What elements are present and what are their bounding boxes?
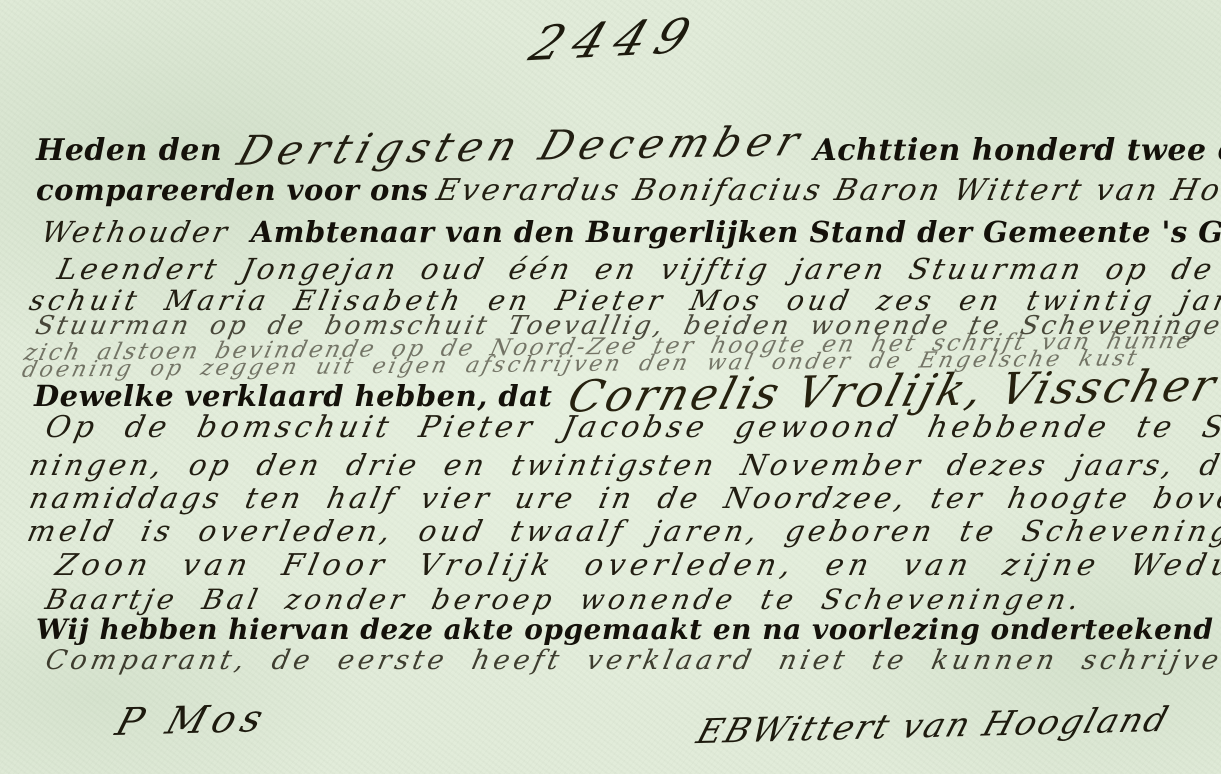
handwritten-text-segment: meld is overleden, oud twaalf jaren, geb… — [24, 514, 1221, 548]
signature-declarant-text: P Mos — [111, 696, 274, 744]
handwritten-date-segment: Dertigsten December — [232, 117, 811, 175]
printed-text-segment: Wij hebben hiervan deze akte opgemaakt e… — [36, 613, 1213, 646]
handwritten-text-segment: ningen, op den drie en twintigsten Novem… — [26, 448, 1221, 482]
akte-line-13: meld is overleden, oud twaalf jaren, geb… — [28, 514, 1221, 548]
handwritten-text-segment: Baartje Bal zonder beroep wonende te Sch… — [42, 583, 1085, 616]
printed-text-segment: Dewelke verklaard hebben, dat — [34, 379, 552, 413]
document-page: 2449 Heden den Dertigsten December Achtt… — [0, 0, 1221, 774]
signature-registrar-text: EBWittert van Hoogland — [692, 700, 1174, 752]
handwritten-text-segment: Op de bomschuit Pieter Jacobse gewoond h… — [42, 410, 1221, 445]
akte-line-4: Leendert Jongejan oud één en vijftig jar… — [58, 252, 1221, 286]
handwritten-text-segment: Leendert Jongejan oud één en vijftig jar… — [54, 252, 1221, 286]
akte-line-14: Zoon van Floor Vrolijk overleden, en van… — [56, 548, 1221, 583]
printed-text-segment: Ambtenaar van den Burgerlijken Stand der… — [251, 215, 1221, 249]
handwritten-text-segment: namiddags ten half vier ure in de Noordz… — [26, 481, 1221, 515]
handwritten-text-segment: Wethouder — [38, 215, 233, 249]
akte-number-text: 2449 — [522, 8, 707, 72]
akte-line-12: namiddags ten half vier ure in de Noordz… — [30, 481, 1221, 515]
printed-text-segment: Achttien honderd twee en zeventig, — [813, 133, 1221, 168]
signature-declarant: P Mos — [118, 698, 267, 742]
signature-registrar: EBWittert van Hoogland — [700, 706, 1167, 746]
akte-number: 2449 — [455, 12, 775, 68]
akte-line-10: Op de bomschuit Pieter Jacobse gewoond h… — [46, 410, 1221, 445]
handwritten-registrar-name: Everardus Bonifacius Baron Wittert van H… — [434, 173, 1221, 208]
handwritten-text-segment: Zoon van Floor Vrolijk overleden, en van… — [52, 548, 1221, 583]
handwritten-text-segment: Comparant, de eerste heeft verklaard nie… — [43, 645, 1221, 676]
akte-line-3: Wethouder Ambtenaar van den Burgerlijken… — [42, 215, 1221, 249]
printed-text-segment: compareerden voor ons — [36, 173, 428, 207]
akte-line-11: ningen, op den drie en twintigsten Novem… — [30, 448, 1221, 482]
printed-text-segment: Heden den — [36, 133, 222, 168]
akte-line-2: compareerden voor ons Everardus Bonifaci… — [36, 173, 1221, 208]
akte-line-17: Comparant, de eerste heeft verklaard nie… — [46, 645, 1221, 676]
akte-line-16: Wij hebben hiervan deze akte opgemaakt e… — [36, 613, 1221, 646]
akte-line-15: Baartje Bal zonder beroep wonende te Sch… — [46, 583, 1082, 616]
akte-line-1: Heden den Dertigsten December Achttien h… — [36, 122, 1221, 170]
